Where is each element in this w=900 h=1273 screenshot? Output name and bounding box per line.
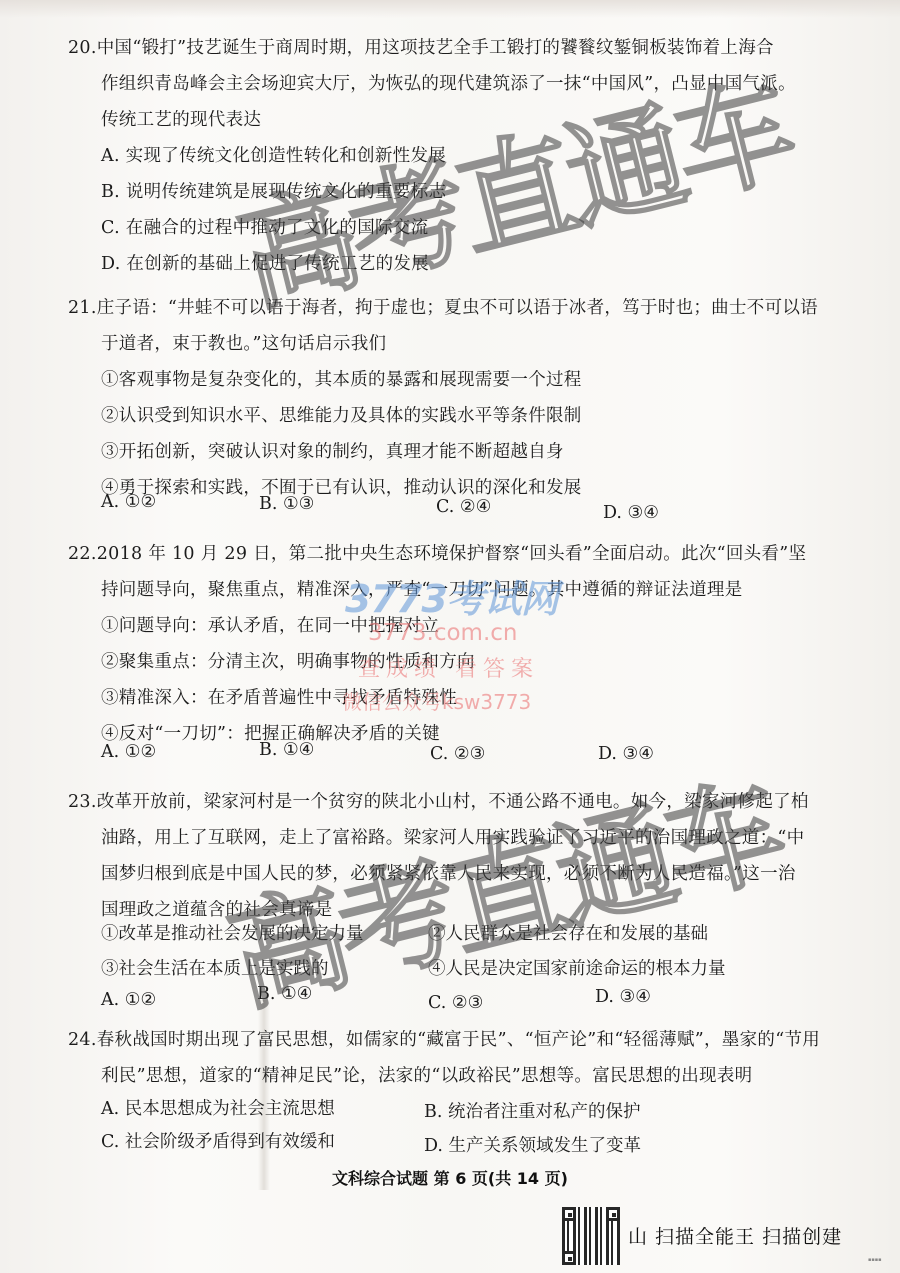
qr-code-icon[interactable]: [562, 1207, 620, 1265]
question-stem-line: 20.中国“锻打”技艺诞生于商周时期，用这项技艺全手工锻打的饕餮纹錾铜板装饰着上…: [68, 30, 848, 66]
question-23: 23.改革开放前，梁家河村是一个贫穷的陕北小山村，不通公路不通电。如今，梁家河修…: [68, 784, 848, 928]
q23-statement-4: ④人民是决定国家前途命运的根本力量: [428, 955, 726, 980]
statement-3: ③开拓创新，突破认识对象的制约，真理才能不断超越自身: [68, 434, 848, 470]
q22-option-d: D. ③④: [598, 744, 654, 764]
option-a: A. 实现了传统文化创造性转化和创新性发展: [68, 138, 848, 174]
question-stem-line: 23.改革开放前，梁家河村是一个贫穷的陕北小山村，不通公路不通电。如今，梁家河修…: [68, 784, 848, 820]
statement-1: ①客观事物是复杂变化的，其本质的暴露和展现需要一个过程: [68, 362, 848, 398]
watermark-site-name: 3773考试网: [345, 568, 558, 623]
page-footer: 文科综合试题 第 6 页(共 14 页): [0, 1166, 900, 1189]
option-d: D. 在创新的基础上促进了传统工艺的发展: [68, 246, 848, 282]
q24-option-b: B. 统治者注重对私产的保护: [424, 1098, 641, 1123]
question-21: 21.庄子语：“井蛙不可以语于海者，拘于虚也；夏虫不可以语于冰者，笃于时也；曲士…: [68, 290, 848, 506]
question-number: 22.: [68, 544, 97, 564]
watermark-slogan: 查成绩 看答案: [358, 652, 539, 683]
watermark-site-url: 3773.com.cn: [368, 620, 518, 646]
question-stem-line: 国梦归根到底是中国人民的梦，必须紧紧依靠人民来实现，必须不断为人民造福。”这一治: [68, 856, 848, 892]
q24-option-c: C. 社会阶级矛盾得到有效缓和: [101, 1128, 335, 1153]
question-20: 20.中国“锻打”技艺诞生于商周时期，用这项技艺全手工锻打的饕餮纹錾铜板装饰着上…: [68, 30, 848, 282]
q24-option-d: D. 生产关系领域发生了变革: [424, 1132, 641, 1157]
question-stem-line: 利民”思想，道家的“精神足民”论，法家的“以政裕民”思想等。富民思想的出现表明: [68, 1058, 848, 1094]
q21-option-d: D. ③④: [603, 503, 659, 523]
question-number: 20.: [68, 38, 97, 58]
q23-option-c: C. ②③: [428, 993, 483, 1013]
q22-option-c: C. ②③: [430, 744, 485, 764]
scanner-badge-text: 山 扫描全能王 扫描创建: [628, 1222, 842, 1249]
qr-finder-pattern: [562, 1251, 576, 1265]
q21-option-b: B. ①③: [259, 494, 314, 514]
qr-finder-pattern: [606, 1207, 620, 1221]
question-stem-line: 传统工艺的现代表达: [68, 102, 848, 138]
q22-option-b: B. ①④: [259, 740, 314, 760]
option-b: B. 说明传统建筑是展现传统文化的重要标志: [68, 174, 848, 210]
question-24: 24.春秋战国时期出现了富民思想，如儒家的“藏富于民”、“恒产论”和“轻徭薄赋”…: [68, 1022, 848, 1094]
q23-option-d: D. ③④: [595, 987, 651, 1007]
q23-statement-2: ②人民群众是社会存在和发展的基础: [428, 920, 708, 945]
scan-edge-shadow: [0, 0, 900, 18]
watermark-wechat: 微信公众号ksw3773: [342, 686, 531, 715]
q22-option-a: A. ①②: [101, 742, 156, 762]
q24-option-a: A. 民本思想成为社会主流思想: [101, 1095, 335, 1120]
scanner-badge-tiny-mark: ▪▪▪▪: [868, 1257, 882, 1263]
q23-statement-1: ①改革是推动社会发展的决定力量: [101, 920, 364, 945]
option-c: C. 在融合的过程中推动了文化的国际交流: [68, 210, 848, 246]
q23-statement-3: ③社会生活在本质上是实践的: [101, 955, 329, 980]
question-stem-line: 于道者，束于教也。”这句话启示我们: [68, 326, 848, 362]
question-stem-line: 21.庄子语：“井蛙不可以语于海者，拘于虚也；夏虫不可以语于冰者，笃于时也；曲士…: [68, 290, 848, 326]
question-number: 23.: [68, 792, 97, 812]
question-stem-line: 22.2018 年 10 月 29 日，第二批中央生态环境保护督察“回头看”全面…: [68, 536, 848, 572]
q23-option-b: B. ①④: [257, 984, 312, 1004]
exam-page: 20.中国“锻打”技艺诞生于商周时期，用这项技艺全手工锻打的饕餮纹錾铜板装饰着上…: [0, 0, 900, 1273]
q21-option-c: C. ②④: [436, 497, 491, 517]
question-number: 24.: [68, 1030, 97, 1050]
question-stem-line: 油路，用上了互联网，走上了富裕路。梁家河人用实践验证了习近平的治国理政之道：“中: [68, 820, 848, 856]
question-number: 21.: [68, 298, 97, 318]
qr-finder-pattern: [562, 1207, 576, 1221]
statement-2: ②认识受到知识水平、思维能力及具体的实践水平等条件限制: [68, 398, 848, 434]
question-stem-line: 作组织青岛峰会主会场迎宾大厅，为恢弘的现代建筑添了一抹“中国风”，凸显中国气派。: [68, 66, 848, 102]
q23-option-a: A. ①②: [101, 990, 156, 1010]
q21-option-a: A. ①②: [101, 492, 156, 512]
question-stem-line: 24.春秋战国时期出现了富民思想，如儒家的“藏富于民”、“恒产论”和“轻徭薄赋”…: [68, 1022, 848, 1058]
